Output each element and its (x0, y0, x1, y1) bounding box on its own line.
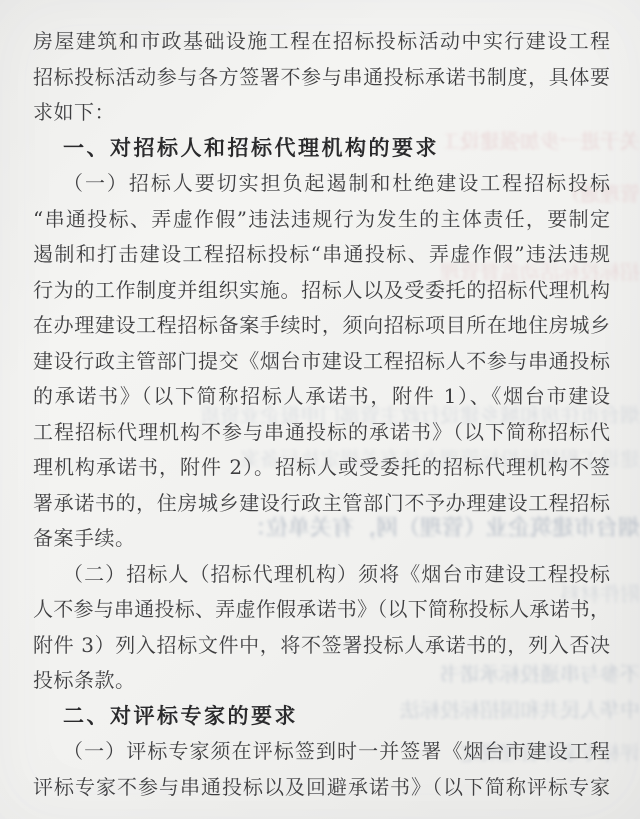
document-line: “串通投标、弄虚作假”违法违规行为发生的主体责任，要制定 (33, 202, 610, 238)
document-line: （一）招标人要切实担负起遏制和杜绝建设工程招标投标 (33, 166, 610, 202)
document-line: 的承诺书》（以下简称招标人承诺书，附件 1）、《烟台市建设 (33, 379, 610, 415)
document-line: 投标条款。 (33, 663, 610, 699)
document-body: 房屋建筑和市政基础设施工程在招标投标活动中实行建设工程招标投标活动参与各方签署不… (33, 24, 610, 805)
section-heading: 一、对招标人和招标代理机构的要求 (33, 131, 610, 167)
document-line: 附件 3）列入招标文件中，将不签署投标人承诺书的，列入否决 (33, 628, 610, 664)
document-line: 遏制和打击建设工程招标投标“串通投标、弄虚作假”违法违规 (33, 237, 610, 273)
document-line: 招标投标活动参与各方签署不参与串通投标承诺书制度，具体要 (33, 60, 610, 96)
document-line: 求如下： (33, 95, 610, 131)
scanned-document-page: 关于进一步加强建设工程管理通知招标投标活动监督管理烟台市住房和城乡建设行政主管部… (0, 0, 640, 819)
document-line: （一）评标专家须在评标签到时一并签署《烟台市建设工程 (33, 734, 610, 770)
document-line: 行为的工作制度并组织实施。招标人以及受委托的招标代理机构 (33, 273, 610, 309)
document-line: 在办理建设工程招标备案手续时，须向招标项目所在地住房城乡 (33, 308, 610, 344)
document-line: 房屋建筑和市政基础设施工程在招标投标活动中实行建设工程 (33, 24, 610, 60)
document-line: 建设行政主管部门提交《烟台市建设工程招标人不参与串通投标 (33, 344, 610, 380)
document-line: （二）招标人（招标代理机构）须将《烟台市建设工程投标 (33, 557, 610, 593)
document-line: 备案手续。 (33, 521, 610, 557)
document-line: 理机构承诺书，附件 2）。招标人或受委托的招标代理机构不签 (33, 450, 610, 486)
document-line: 工程招标代理机构不参与串通投标的承诺书》（以下简称招标代 (33, 415, 610, 451)
section-heading: 二、对评标专家的要求 (33, 699, 610, 735)
document-line: 署承诺书的，住房城乡建设行政主管部门不予办理建设工程招标 (33, 486, 610, 522)
document-line: 评标专家不参与串通投标以及回避承诺书》（以下简称评标专家 (33, 770, 610, 806)
document-line: 人不参与串通投标、弄虚作假承诺书》（以下简称投标人承诺书， (33, 592, 610, 628)
